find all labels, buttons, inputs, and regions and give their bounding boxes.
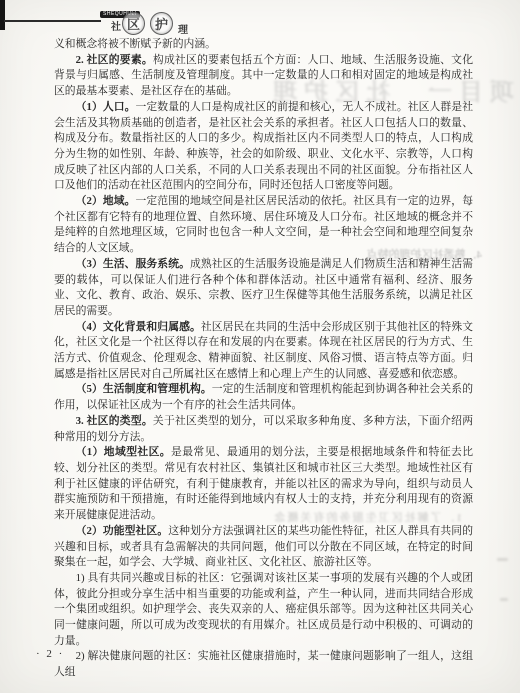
- paragraph: 义和概念将被不断赋予新的内涵。: [54, 37, 473, 53]
- book-logo: SHEQUHULI 社 区 护 理: [100, 10, 200, 40]
- logo-char-she: 社: [111, 23, 121, 33]
- paragraph: 1) 具有共同兴趣或目标的社区：它强调对该社区某一事项的发展有兴趣的个人或团体，…: [54, 571, 473, 650]
- paragraph: （1）地域型社区。是最常见、最通用的划分法，主要是根据地域条件和特征去比较、划分…: [54, 445, 473, 524]
- paragraph-lead: （2）地域。: [76, 195, 136, 207]
- paragraph: （1）人口。一定数量的人口是构成社区的前提和核心，无人不成社。社区人群是社会生活…: [54, 100, 473, 194]
- paragraph: 3. 社区的类型。关于社区类型的划分，可以采取多种角度、多种方法，下面介绍两种常…: [54, 414, 473, 445]
- paragraph-text: 义和概念将被不断赋予新的内涵。: [54, 38, 216, 50]
- paragraph: （2）地域。一定范围的地域空间是社区居民活动的依托。社区具有一定的边界，每个社区…: [54, 194, 473, 257]
- scanned-page: SHEQUHULI 社 区 护 理 项目一 社区护理 4．熟悉社区护理的特点 1…: [0, 0, 520, 693]
- paragraph: （4）文化背景和归属感。社区居民在共同的生活中会形成区别于其他社区的特殊文化，社…: [54, 320, 473, 383]
- paragraph-lead: （1）地域型社区。: [76, 446, 171, 458]
- header-rule: [4, 20, 101, 22]
- scan-smudge: [500, 598, 508, 601]
- paragraph: （2）功能型社区。这种划分方法强调社区的某些功能性特征，社区人群具有共同的兴趣和…: [54, 524, 473, 571]
- paragraph-lead: （2）功能型社区。: [76, 525, 169, 537]
- body-text: 义和概念将被不断赋予新的内涵。 2. 社区的要素。构成社区的要素包括五个方面：人…: [54, 37, 473, 681]
- paragraph: 2) 解决健康问题的社区：实施社区健康措施时，某一健康问题影响了一组人，这组人组: [54, 649, 473, 680]
- logo-seal-hu-icon: 护: [150, 12, 173, 35]
- scan-edge-artifact: [0, 0, 5, 30]
- logo-seal-qu-icon: 区: [122, 12, 145, 35]
- paragraph-lead: （5）生活制度和管理机构。: [76, 383, 212, 395]
- paragraph-lead: 3. 社区的类型。: [76, 415, 153, 427]
- paragraph-lead: （4）文化背景和归属感。: [76, 321, 201, 333]
- paragraph-lead: （1）人口。: [76, 101, 136, 113]
- scan-smudge: [497, 558, 508, 561]
- paragraph-text: 一定数量的人口是构成社区的前提和核心，无人不成社。社区人群是社会生活及其物质基础…: [54, 101, 473, 192]
- paragraph: 2. 社区的要素。构成社区的要素包括五个方面：人口、地域、生活服务设施、文化背景…: [54, 53, 473, 100]
- paragraph-lead: 2. 社区的要素。: [76, 54, 153, 66]
- paragraph: （3）生活、服务系统。成熟社区的生活服务设施是满足人们物质生活和精神生活需要的载…: [54, 257, 473, 320]
- logo-char-li: 理: [178, 26, 188, 36]
- paragraph-lead: （3）生活、服务系统。: [76, 258, 190, 270]
- page-number: · 2 ·: [36, 648, 64, 660]
- paragraph-text: 2) 解决健康问题的社区：实施社区健康措施时，某一健康问题影响了一组人，这组人组: [54, 650, 473, 678]
- paragraph-text: 1) 具有共同兴趣或目标的社区：它强调对该社区某一事项的发展有兴趣的个人或团体，…: [54, 572, 473, 647]
- paragraph: （5）生活制度和管理机构。一定的生活制度和管理机构能起到协调各种社会关系的作用，…: [54, 382, 473, 413]
